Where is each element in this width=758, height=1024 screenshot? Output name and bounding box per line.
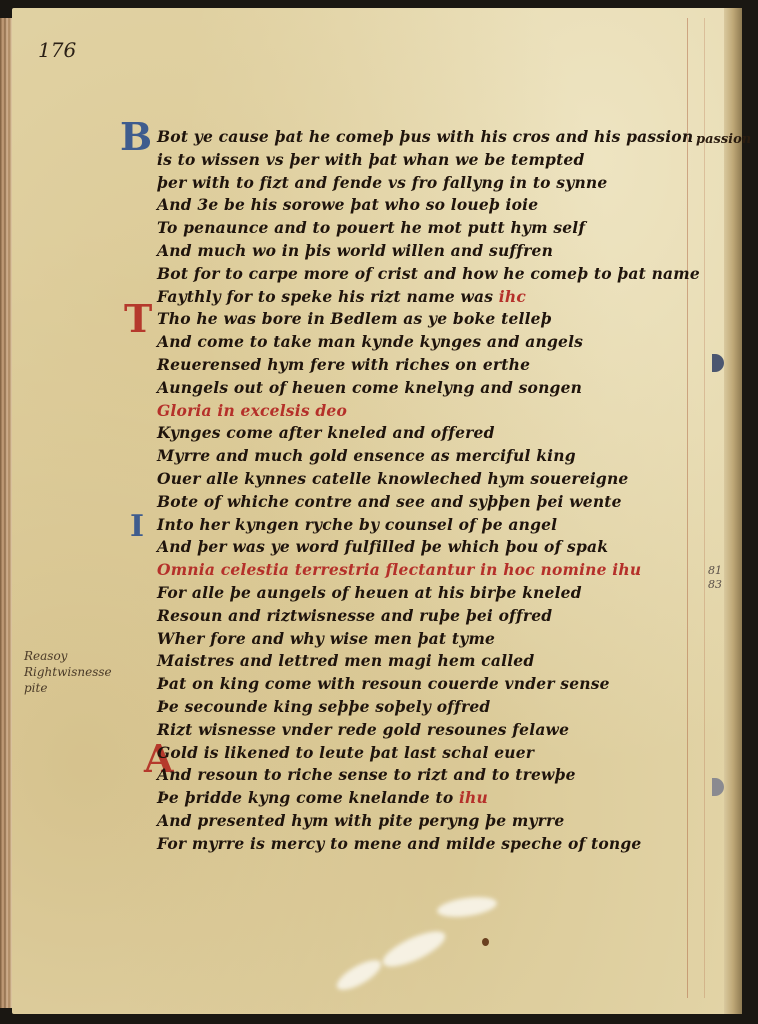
margin-note-left: Reasoy Rightwisnesse pite — [24, 648, 112, 696]
text-line-1: Bot ye cause þat he comeþ þus with his c… — [157, 126, 717, 149]
rubric-word: ihc — [499, 287, 526, 306]
text-line-6: And much wo in þis world willen and suff… — [157, 240, 717, 263]
page-gutter — [724, 8, 742, 1014]
text-line-15: Myrre and much gold ensence as merciful … — [157, 445, 717, 468]
book-fore-edge — [0, 18, 12, 1008]
text-line-2: is to wissen vs þer with þat whan we be … — [157, 149, 717, 172]
rubric-line-gloria: Gloria in excelsis deo — [157, 400, 717, 423]
text-line-9: Tho he was bore in Bedlem as ye boke tel… — [157, 308, 717, 331]
margin-number-81: 81 — [708, 564, 722, 578]
text-line-21: For alle þe aungels of heuen at his birþ… — [157, 582, 717, 605]
text-line-19: And þer was ye word fulfilled þe which þ… — [157, 536, 717, 559]
text-line-14: Kynges come after kneled and offered — [157, 422, 717, 445]
water-stain — [436, 894, 498, 920]
water-stain — [333, 955, 385, 996]
text-line-28: Gold is likened to leute þat last schal … — [157, 742, 717, 765]
text-line-30: Þe þridde kyng come knelande to ihu — [157, 787, 717, 810]
margin-note-left-3: pite — [24, 680, 112, 696]
text-line-27: Rizt wisnesse vnder rede gold resounes f… — [157, 719, 717, 742]
paraph-mark-faint-icon — [712, 778, 724, 796]
text-line-23: Wher fore and why wise men þat tyme — [157, 628, 717, 651]
text-line-10: And come to take man kynde kynges and an… — [157, 331, 717, 354]
text-line-7: Bot for to carpe more of crist and how h… — [157, 263, 717, 286]
folio-number: 176 — [38, 38, 76, 62]
text-line-16: Ouer alle kynnes catelle knowleched hym … — [157, 468, 717, 491]
water-stain — [379, 925, 450, 974]
text-line-17: Bote of whiche contre and see and syþþen… — [157, 491, 717, 514]
text-line-22: Resoun and riztwisnesse and ruþe þei off… — [157, 605, 717, 628]
text-line-29: And resoun to riche sense to rizt and to… — [157, 764, 717, 787]
initial-i-blue: I — [130, 508, 144, 546]
ink-spot — [482, 938, 489, 946]
margin-note-left-1: Reasoy — [24, 648, 112, 664]
text-line-5: To penaunce and to pouert he mot putt hy… — [157, 217, 717, 240]
margin-note-passion: passion — [696, 132, 751, 148]
text-line-24: Maistres and lettred men magi hem called — [157, 650, 717, 673]
rubric-word: ihu — [459, 788, 488, 807]
text-line-25: Þat on king come with resoun couerde vnd… — [157, 673, 717, 696]
text-line-3: þer with to fizt and fende vs fro fallyn… — [157, 172, 717, 195]
initial-t-red: T — [124, 300, 152, 338]
text-block: Bot ye cause þat he comeþ þus with his c… — [157, 126, 717, 856]
initial-b-blue: B — [120, 118, 152, 156]
text-line-26: Þe secounde king seþþe soþely offred — [157, 696, 717, 719]
text-line-12: Aungels out of heuen come knelyng and so… — [157, 377, 717, 400]
text-line-4: And 3e be his sorowe þat who so loueþ io… — [157, 194, 717, 217]
rubric-line-omnia: Omnia celestia terrestria flectantur in … — [157, 559, 717, 582]
text-line-18: Into her kyngen ryche by counsel of þe a… — [157, 514, 717, 537]
paraph-mark-icon — [712, 354, 724, 372]
text-line-32: For myrre is mercy to mene and milde spe… — [157, 833, 717, 856]
margin-number-83: 83 — [708, 578, 722, 592]
text-line-8: Faythly for to speke his rizt name was i… — [157, 286, 717, 309]
margin-numbers: 81 83 — [708, 564, 722, 592]
manuscript-page: 176 B T I A Bot ye cause þat he comeþ þu… — [12, 8, 742, 1014]
text-line-31: And presented hym with pite peryng þe my… — [157, 810, 717, 833]
text-line-11: Reuerensed hym fere with riches on erthe — [157, 354, 717, 377]
margin-note-left-2: Rightwisnesse — [24, 664, 112, 680]
